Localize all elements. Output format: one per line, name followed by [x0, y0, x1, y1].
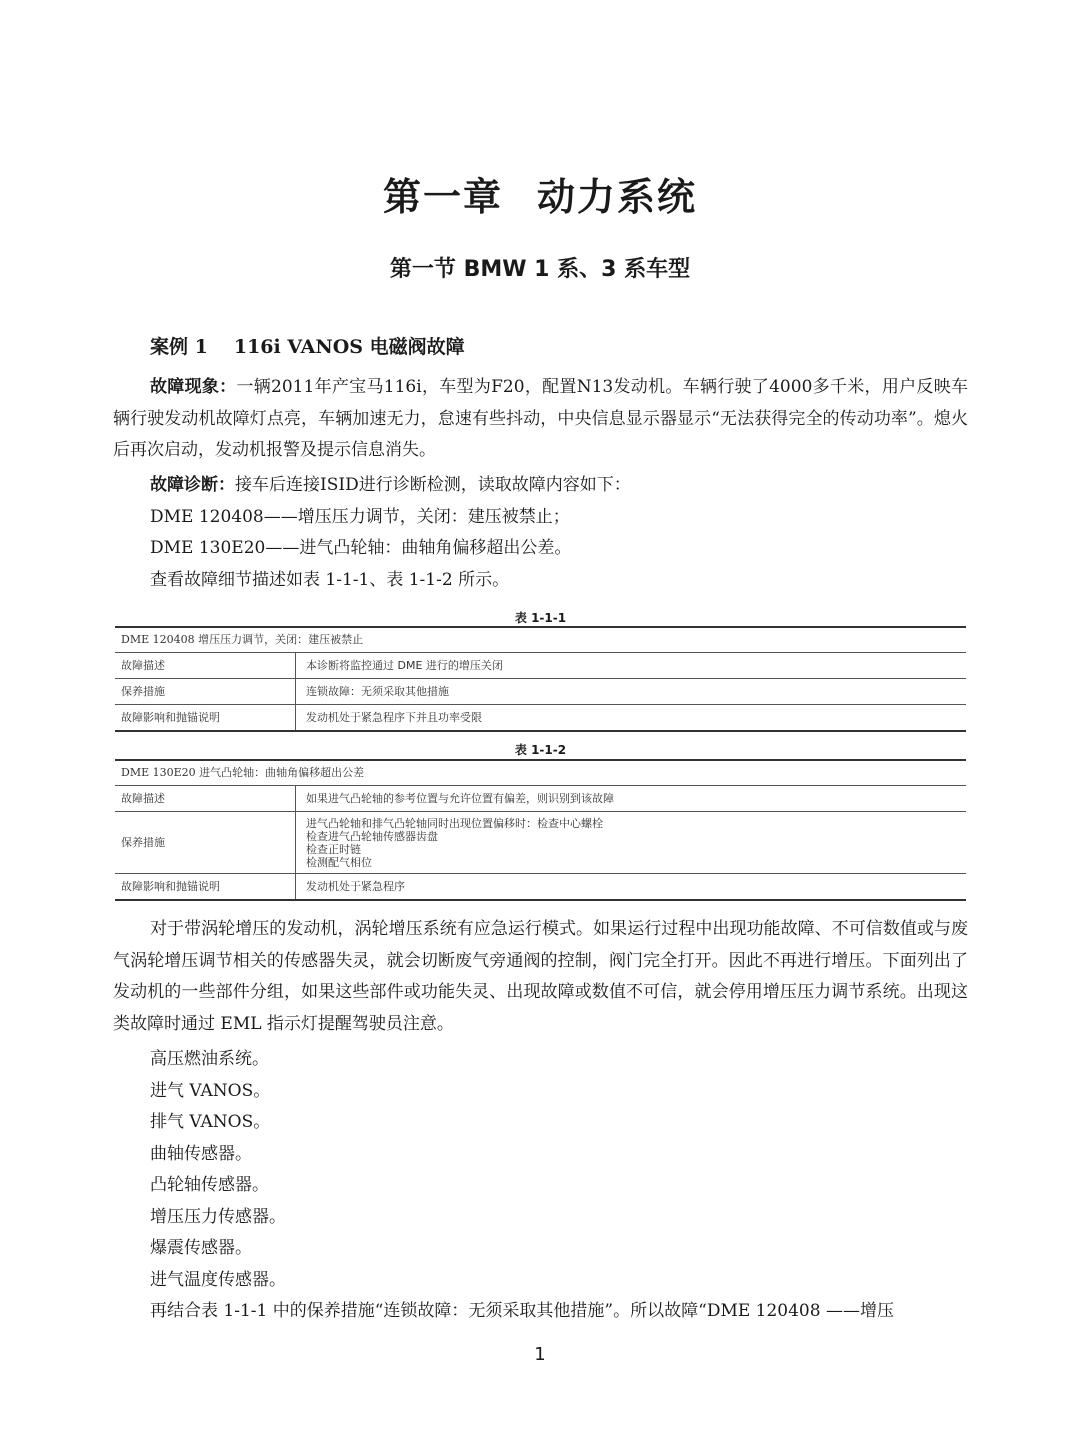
row-value-multiline: 进气凸轮轴和排气凸轮轴同时出现位置偏移时：检查中心螺栓 检查进气凸轮轴传感器齿盘…	[296, 812, 967, 874]
diagnosis-paragraph: 故障诊断：接车后连接ISID进行诊断检测，读取故障内容如下：	[150, 470, 631, 502]
table-row: 故障影响和抛锚说明 发动机处于紧急程序	[115, 874, 966, 901]
symptom-paragraph: 故障现象：一辆2011年产宝马116i，车型为F20，配置N13发动机。车辆行驶…	[113, 372, 968, 467]
table-row: 保养措施 进气凸轮轴和排气凸轮轴同时出现位置偏移时：检查中心螺栓 检查进气凸轮轴…	[115, 812, 966, 874]
row-label: 故障影响和抛锚说明	[115, 874, 296, 901]
conclusion-line: 再结合表 1-1-1 中的保养措施“连锁故障：无须采取其他措施”。所以故障“DM…	[150, 1296, 894, 1328]
component-list-item: 增压压力传感器。	[150, 1202, 286, 1234]
case-title: 案例 1116i VANOS 电磁阀故障	[150, 332, 465, 359]
row-value: 发动机处于紧急程序	[296, 874, 967, 901]
chapter-name: 动力系统	[537, 174, 697, 219]
component-list-item: 曲轴传感器。	[150, 1139, 252, 1171]
value-line: 检测配气相位	[306, 856, 960, 869]
explanation-paragraph: 对于带涡轮增压的发动机，涡轮增压系统有应急运行模式。如果运行过程中出现功能故障、…	[113, 914, 968, 1040]
fault-code-line: DME 130E20——进气凸轮轴：曲轴角偏移超出公差。	[150, 533, 571, 565]
row-label: 保养措施	[115, 812, 296, 874]
row-label: 故障描述	[115, 786, 296, 812]
symptom-text: 一辆2011年产宝马116i，车型为F20，配置N13发动机。车辆行驶了4000…	[113, 377, 968, 460]
chapter-number: 第一章	[383, 174, 503, 219]
row-value: 本诊断将监控通过 DME 进行的增压关闭	[296, 653, 967, 679]
component-list-item: 进气 VANOS。	[150, 1076, 270, 1108]
value-line: 进气凸轮轴和排气凸轮轴同时出现位置偏移时：检查中心螺栓	[306, 817, 960, 830]
table-caption: 表 1-1-1	[113, 609, 968, 626]
fault-table-1: DME 120408 增压压力调节，关闭：建压被禁止 故障描述 本诊断将监控通过…	[115, 626, 966, 732]
section-title: 第一节 BMW 1 系、3 系车型	[0, 252, 1080, 283]
row-label: 保养措施	[115, 679, 296, 705]
case-name: 116i VANOS 电磁阀故障	[234, 336, 465, 358]
component-list-item: 进气温度传感器。	[150, 1265, 286, 1297]
table-header-cell: DME 120408 增压压力调节，关闭：建压被禁止	[115, 627, 966, 653]
component-list-item: 凸轮轴传感器。	[150, 1170, 269, 1202]
diagnosis-label: 故障诊断：	[150, 475, 235, 495]
table-caption: 表 1-1-2	[113, 741, 968, 758]
row-value: 如果进气凸轮轴的参考位置与允许位置有偏差，则识别到该故障	[296, 786, 967, 812]
component-list-item: 爆震传感器。	[150, 1233, 252, 1265]
row-value: 发动机处于紧急程序下并且功率受限	[296, 705, 967, 732]
table-row: 故障描述 如果进气凸轮轴的参考位置与允许位置有偏差，则识别到该故障	[115, 786, 966, 812]
table-row: 保养措施 连锁故障：无须采取其他措施	[115, 679, 966, 705]
row-value: 连锁故障：无须采取其他措施	[296, 679, 967, 705]
table-header-cell: DME 130E20 进气凸轮轴：曲轴角偏移超出公差	[115, 760, 966, 786]
table-row: 故障描述 本诊断将监控通过 DME 进行的增压关闭	[115, 653, 966, 679]
row-label: 故障影响和抛锚说明	[115, 705, 296, 732]
table-reference-line: 查看故障细节描述如表 1-1-1、表 1-1-2 所示。	[150, 565, 509, 597]
page-number: 1	[0, 1344, 1080, 1365]
component-list-item: 高压燃油系统。	[150, 1044, 269, 1076]
table-row: 故障影响和抛锚说明 发动机处于紧急程序下并且功率受限	[115, 705, 966, 732]
row-label: 故障描述	[115, 653, 296, 679]
symptom-label: 故障现象：	[150, 377, 236, 397]
chapter-title: 第一章动力系统	[0, 166, 1080, 221]
diagnosis-text: 接车后连接ISID进行诊断检测，读取故障内容如下：	[235, 475, 631, 495]
case-number: 案例 1	[150, 336, 208, 358]
fault-table-2: DME 130E20 进气凸轮轴：曲轴角偏移超出公差 故障描述 如果进气凸轮轴的…	[115, 759, 966, 901]
component-list-item: 排气 VANOS。	[150, 1107, 270, 1139]
value-line: 检查进气凸轮轴传感器齿盘	[306, 830, 960, 843]
value-line: 检查正时链	[306, 843, 960, 856]
fault-code-line: DME 120408——增压压力调节，关闭：建压被禁止；	[150, 502, 570, 534]
